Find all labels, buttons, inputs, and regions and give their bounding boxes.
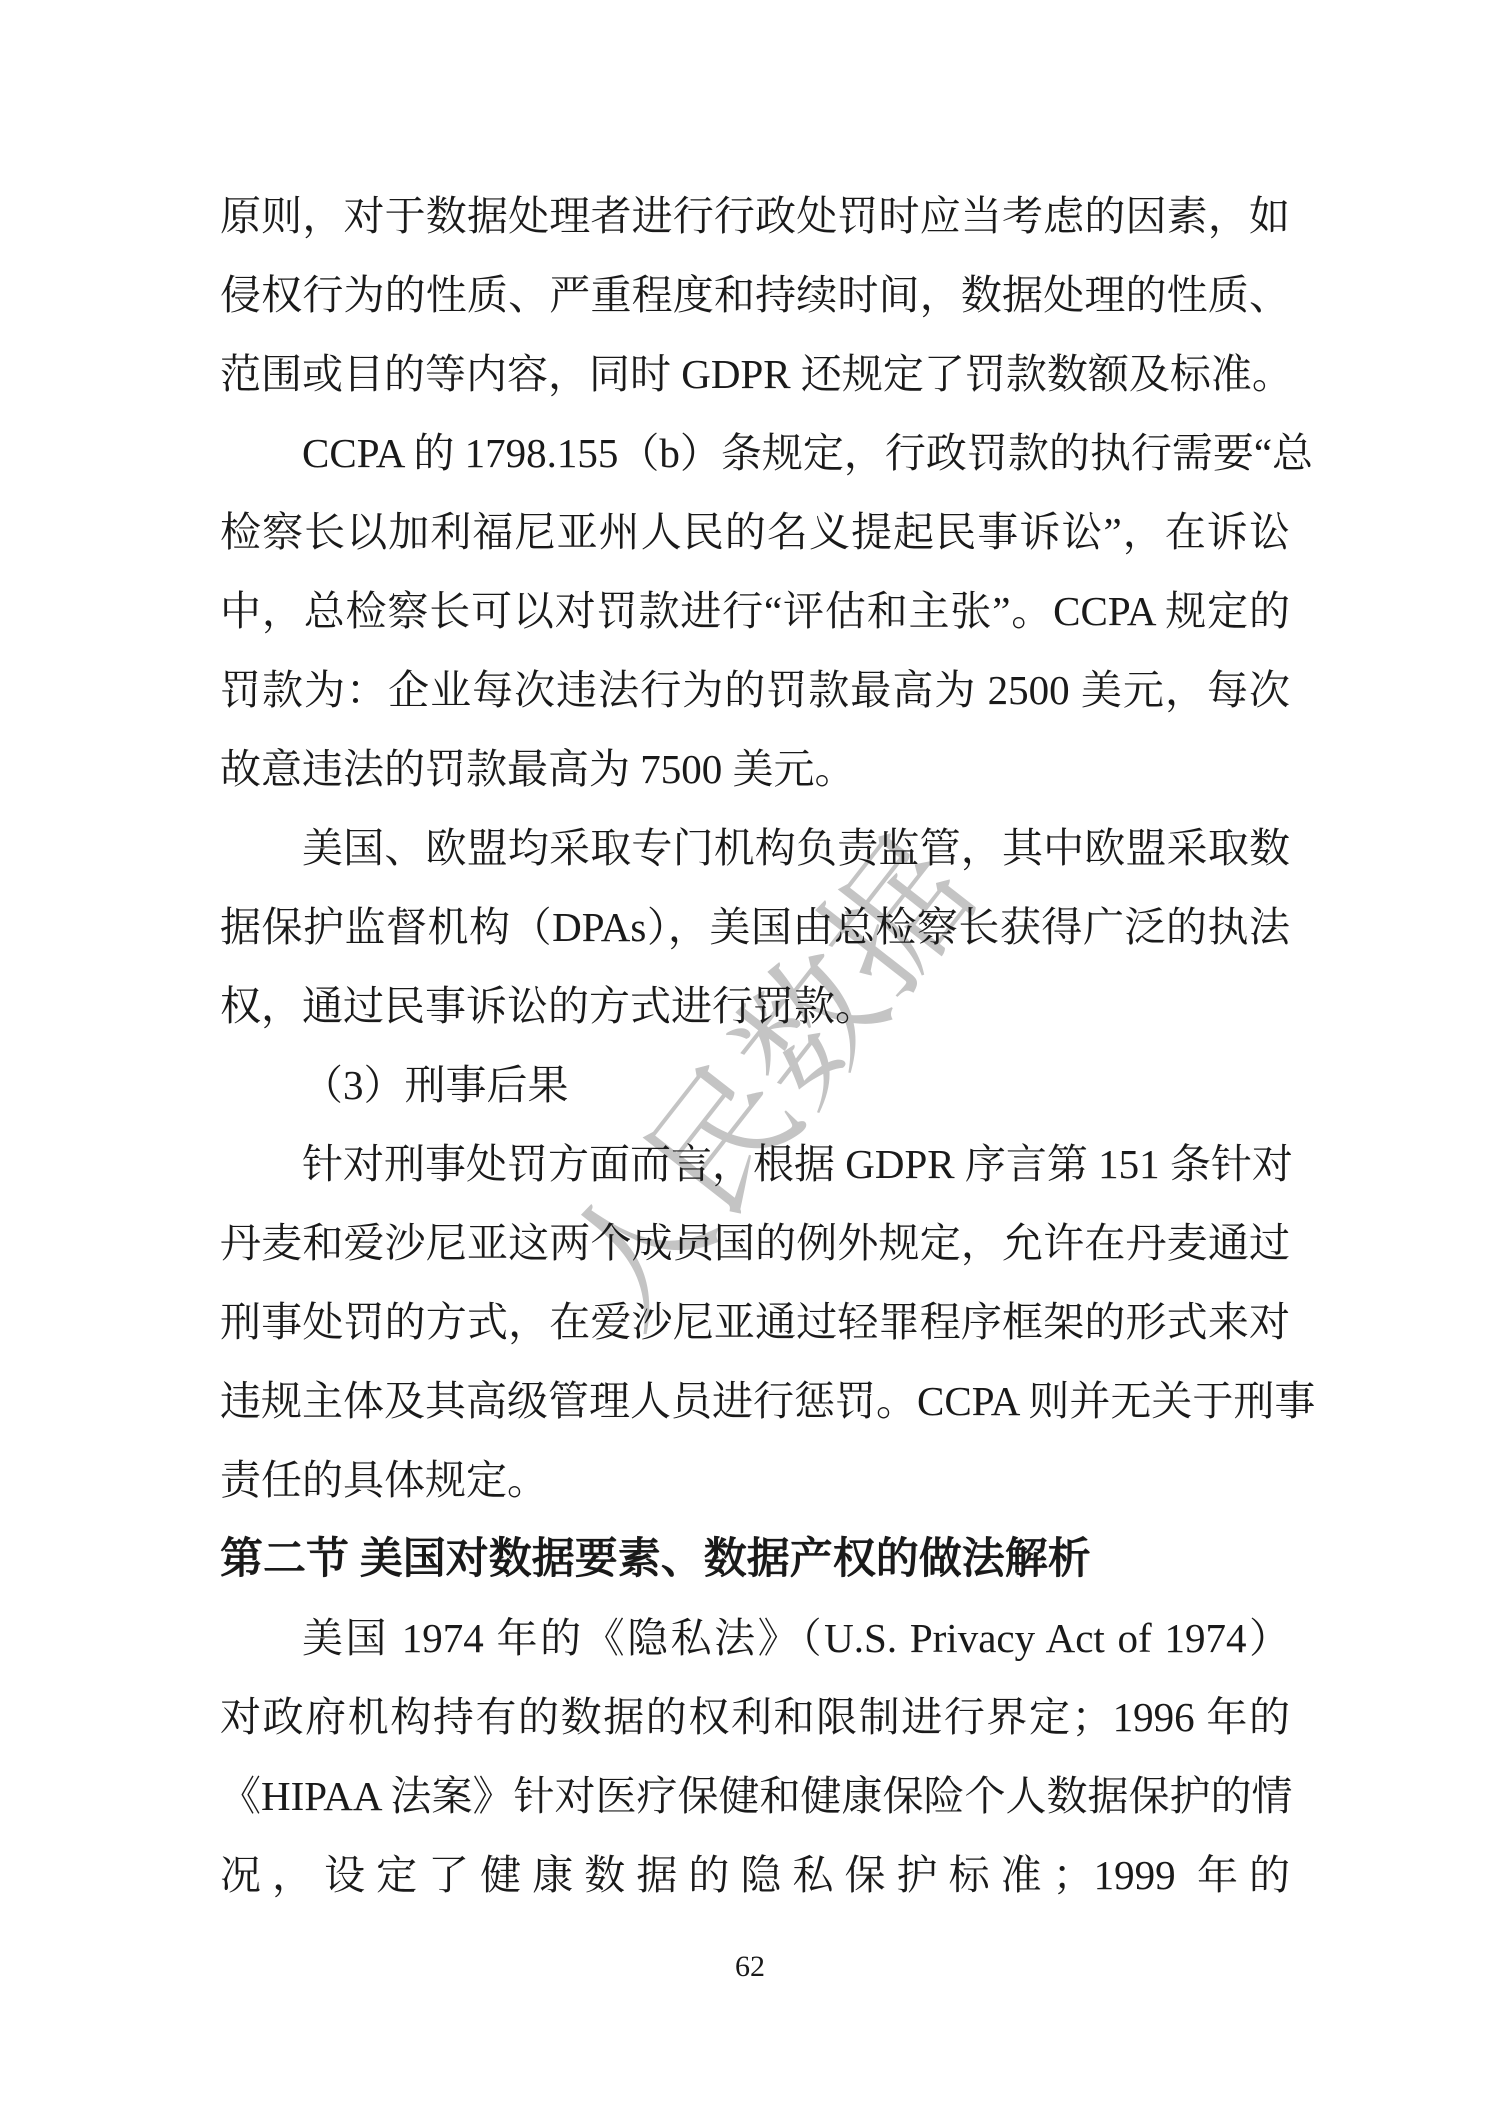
text-line: 故意违法的罚款最高为 7500 美元。	[220, 730, 1290, 809]
text-line: 侵权行为的性质、严重程度和持续时间，数据处理的性质、	[220, 256, 1290, 335]
text-line: 况，设定了健康数据的隐私保护标准；1999 年的	[220, 1836, 1290, 1915]
text-line: 中，总检察长可以对罚款进行“评估和主张”。CCPA 规定的	[220, 572, 1290, 651]
text-line: 罚款为：企业每次违法行为的罚款最高为 2500 美元，每次	[220, 651, 1290, 730]
text-line: 责任的具体规定。	[220, 1441, 1290, 1520]
text-line: 原则，对于数据处理者进行行政处罚时应当考虑的因素，如	[220, 177, 1290, 256]
text-line: 检察长以加利福尼亚州人民的名义提起民事诉讼”，在诉讼	[220, 493, 1290, 572]
text-line: 范围或目的等内容，同时 GDPR 还规定了罚款数额及标准。	[220, 335, 1290, 414]
text-line: 对政府机构持有的数据的权利和限制进行界定；1996 年的	[220, 1678, 1290, 1757]
section-heading: 第二节 美国对数据要素、数据产权的做法解析	[220, 1520, 1290, 1599]
text-line: CCPA 的 1798.155（b）条规定，行政罚款的执行需要“总	[220, 414, 1290, 493]
document-body: 原则，对于数据处理者进行行政处罚时应当考虑的因素，如侵权行为的性质、严重程度和持…	[220, 177, 1290, 1915]
text-line: 丹麦和爱沙尼亚这两个成员国的例外规定，允许在丹麦通过	[220, 1204, 1290, 1283]
text-line: 违规主体及其高级管理人员进行惩罚。CCPA 则并无关于刑事	[220, 1362, 1290, 1441]
page-number: 62	[0, 1948, 1500, 1986]
text-line: 针对刑事处罚方面而言，根据 GDPR 序言第 151 条针对	[220, 1125, 1290, 1204]
document-page: 人民数据 原则，对于数据处理者进行行政处罚时应当考虑的因素，如侵权行为的性质、严…	[0, 0, 1500, 2121]
text-line: 据保护监督机构（DPAs），美国由总检察长获得广泛的执法	[220, 888, 1290, 967]
text-line: （3）刑事后果	[220, 1046, 1290, 1125]
text-line: 美国 1974 年的《隐私法》（U.S. Privacy Act of 1974…	[220, 1599, 1290, 1678]
text-line: 《HIPAA 法案》针对医疗保健和健康保险个人数据保护的情	[220, 1757, 1290, 1836]
text-line: 权，通过民事诉讼的方式进行罚款。	[220, 967, 1290, 1046]
text-line: 刑事处罚的方式，在爱沙尼亚通过轻罪程序框架的形式来对	[220, 1283, 1290, 1362]
text-line: 美国、欧盟均采取专门机构负责监管，其中欧盟采取数	[220, 809, 1290, 888]
